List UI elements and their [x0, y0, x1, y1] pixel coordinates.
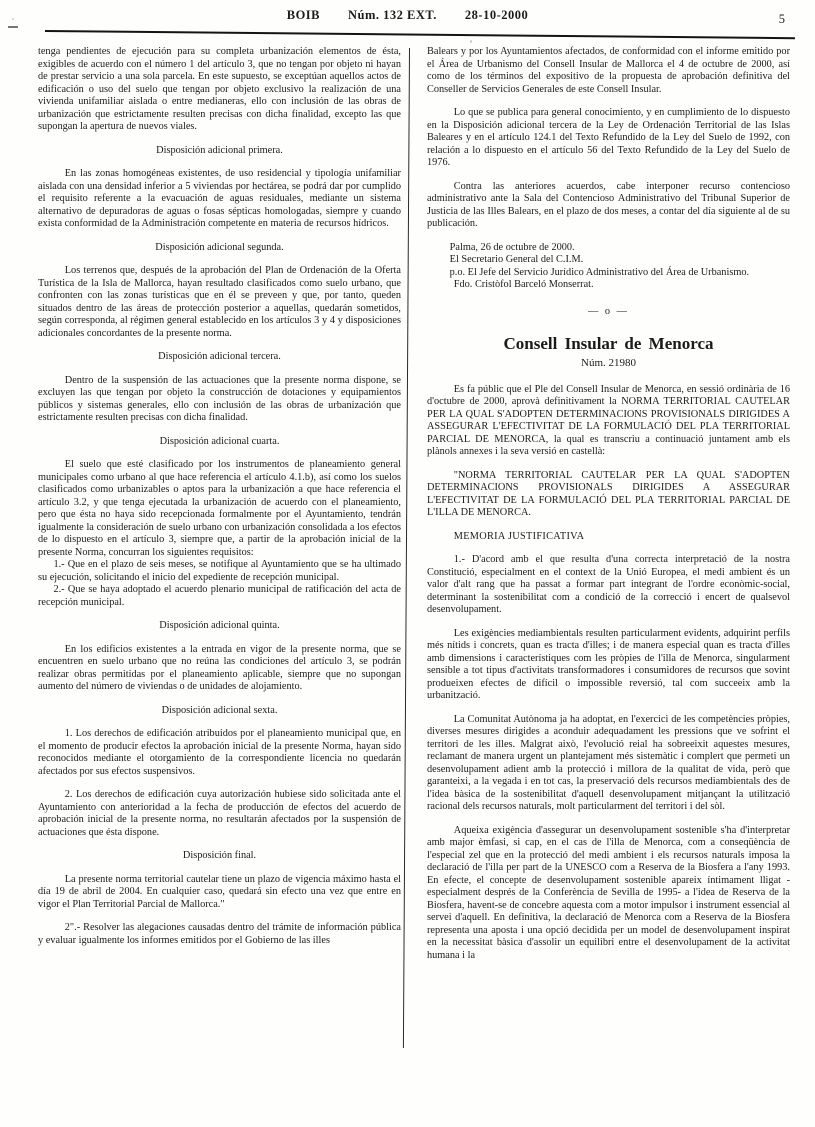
paragraph: tenga pendientes de ejecución para su co…: [38, 46, 401, 134]
section-separator: — o —: [427, 306, 790, 319]
issue-number: Núm. 132 EXT.: [348, 8, 437, 22]
section-heading: Disposición adicional sexta.: [38, 705, 401, 718]
paragraph: Es fa públic que el Ple del Consell Insu…: [427, 384, 790, 459]
section-heading: Disposición adicional quinta.: [38, 620, 401, 633]
paragraph: El suelo que esté clasificado por los in…: [38, 459, 401, 559]
scan-artifact: [8, 26, 18, 28]
section-heading: Disposición adicional primera.: [38, 145, 401, 158]
section-heading: Disposición adicional cuarta.: [38, 436, 401, 449]
paragraph: En los edificios existentes a la entrada…: [38, 644, 401, 694]
page-number: 5: [779, 12, 785, 27]
journal-title: BOIB: [287, 8, 320, 22]
memoria-heading: MEMORIA JUSTIFICATIVA: [427, 531, 790, 544]
paragraph: La Comunitat Autònoma ja ha adoptat, en …: [427, 714, 790, 814]
paragraph: Les exigències mediambientals resulten p…: [427, 628, 790, 703]
signature-name: Fdo. Cristòfol Barceló Monserrat.: [427, 279, 790, 292]
paragraph: La presente norma territorial cautelar t…: [38, 874, 401, 912]
list-item: 1.- Que en el plazo de seis meses, se no…: [38, 559, 401, 584]
paragraph: "NORMA TERRITORIAL CAUTELAR PER LA QUAL …: [427, 470, 790, 520]
scan-artifact: [12, 18, 14, 20]
signature-place-date: Palma, 26 de octubre de 2000.: [427, 242, 790, 255]
bulletin-page: BOIBNúm. 132 EXT.28-10-2000 5 tenga pend…: [0, 0, 815, 1127]
paragraph: Dentro de la suspensión de las actuacion…: [38, 375, 401, 425]
paragraph: Balears y por los Ayuntamientos afectado…: [427, 46, 790, 96]
paragraph: En las zonas homogéneas existentes, de u…: [38, 168, 401, 231]
paragraph: Lo que se publica para general conocimie…: [427, 107, 790, 170]
signature-block: Palma, 26 de octubre de 2000. El Secreta…: [427, 242, 790, 292]
section-heading: Disposición final.: [38, 850, 401, 863]
page-header: BOIBNúm. 132 EXT.28-10-2000 5: [0, 6, 815, 46]
text-columns: tenga pendientes de ejecución para su co…: [38, 46, 790, 973]
header-rule: [45, 30, 795, 39]
org-title: Consell Insular de Menorca: [427, 334, 790, 354]
scan-artifact: [470, 40, 472, 43]
section-heading: Disposición adicional tercera.: [38, 351, 401, 364]
paragraph: Contra las anteriores acuerdos, cabe int…: [427, 181, 790, 231]
header-title: BOIBNúm. 132 EXT.28-10-2000: [0, 8, 815, 23]
paragraph: 1.- D'acord amb el que resulta d'una cor…: [427, 554, 790, 617]
paragraph: 2".- Resolver las alegaciones causadas d…: [38, 922, 401, 947]
paragraph: Los terrenos que, después de la aprobaci…: [38, 265, 401, 340]
paragraph: 2. Los derechos de edificación cuya auto…: [38, 789, 401, 839]
paragraph: Aqueixa exigència d'assegurar un desenvo…: [427, 825, 790, 963]
signature-office: El Secretario General del C.I.M.: [427, 254, 790, 267]
right-column: Balears y por los Ayuntamientos afectado…: [427, 46, 790, 973]
left-column: tenga pendientes de ejecución para su co…: [38, 46, 401, 973]
paragraph: 1. Los derechos de edificación atribuido…: [38, 728, 401, 778]
announcement-number: Núm. 21980: [427, 357, 790, 370]
issue-date: 28-10-2000: [465, 8, 528, 22]
section-heading: Disposición adicional segunda.: [38, 242, 401, 255]
signature-delegate: p.o. El Jefe del Servicio Jurídico Admin…: [427, 267, 790, 280]
list-item: 2.- Que se haya adoptado el acuerdo plen…: [38, 584, 401, 609]
